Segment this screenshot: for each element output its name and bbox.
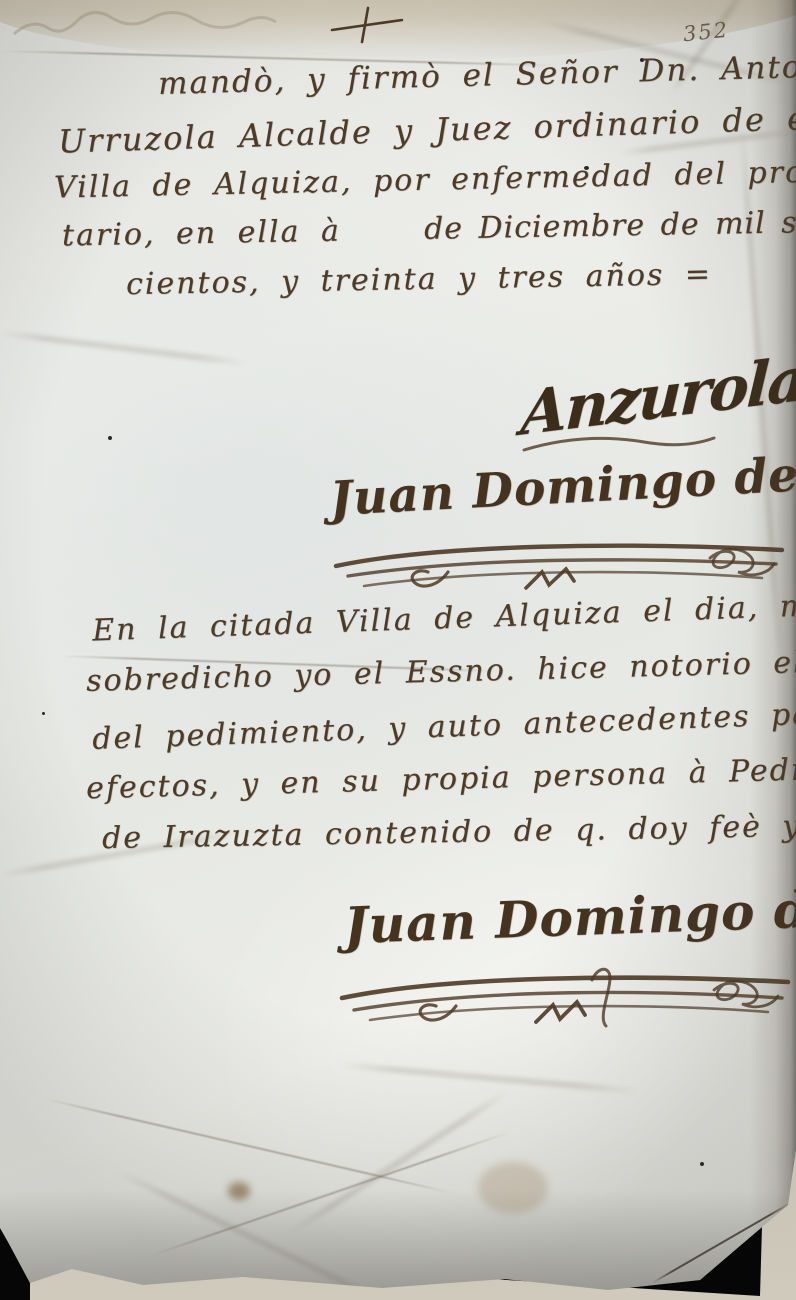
signature-rubric-1 (330, 532, 790, 598)
crease (150, 1131, 510, 1257)
paragraph1-line4a: tario, en ella à (62, 214, 341, 254)
escribano-signature-2: Juan Domingo de Isla (343, 874, 796, 955)
ink-speck (108, 436, 112, 440)
paragraph1-line4b: de Diciembre de mil sete- (424, 204, 796, 247)
paper-sheet: 352 mandò, y firmò el Señor Dn. Antonio … (0, 0, 796, 1300)
top-cross-mark (322, 4, 412, 44)
crease (0, 330, 249, 366)
crease (45, 1098, 455, 1194)
paper-stain (228, 1182, 250, 1200)
crease (340, 1062, 639, 1094)
paper-stain (478, 1162, 548, 1214)
paragraph2-line2: sobredicho yo el Essno. hice notorio el … (86, 640, 796, 699)
paragraph2-line5: de Irazuzta contenido de q. doy feè y fi… (102, 807, 796, 856)
ink-speck (700, 1162, 704, 1166)
ink-speck (42, 712, 45, 715)
paragraph2-line4: efectos, y en su propia persona à Pedro … (86, 749, 796, 807)
page-number: 352 (682, 18, 730, 47)
paragraph1-line1: mandò, y firmò el Señor Dn. Antonio de (158, 46, 796, 102)
signature-rubric-2 (336, 962, 796, 1034)
bleed-through-writing (10, 4, 280, 52)
paragraph1-line2: Urruzola Alcalde y Juez ordinario de est… (58, 97, 796, 160)
paragraph1-line5: cientos, y treinta y tres años = (126, 257, 713, 302)
paragraph2-line3: del pedimiento, y auto antecedentes para… (92, 690, 796, 757)
manuscript-photo: { "page": { "archive_page_number": "352"… (0, 0, 796, 1300)
paragraph1-line3: Villa de Alquiza, por enfermedad del pro… (54, 153, 796, 205)
